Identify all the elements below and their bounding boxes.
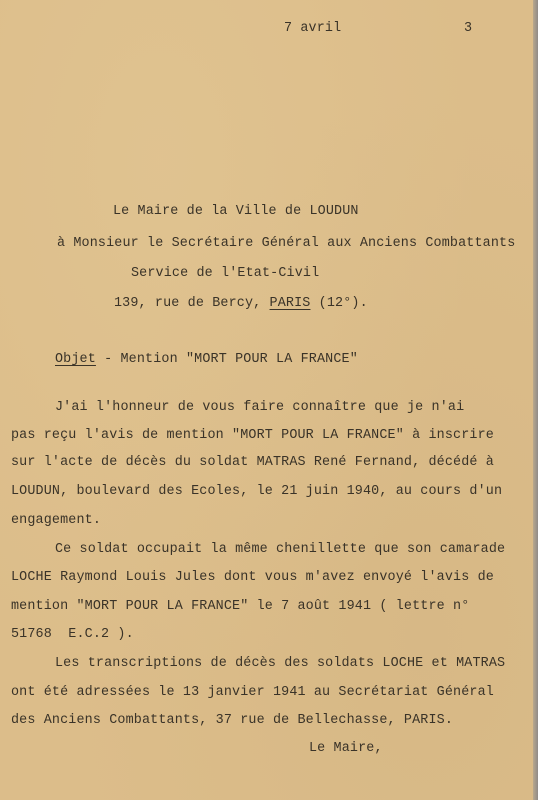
body-line: J'ai l'honneur de vous faire connaître q… — [55, 400, 464, 416]
page-number: 3 — [464, 21, 472, 37]
city: PARIS — [270, 296, 311, 311]
body-line: Ce soldat occupait la même chenillette q… — [55, 542, 505, 558]
street: 139, rue de Bercy, — [114, 296, 270, 311]
body-line: LOUDUN, boulevard des Ecoles, le 21 juin… — [11, 484, 502, 500]
body-line: des Anciens Combattants, 37 rue de Belle… — [11, 713, 453, 729]
scan-edge — [533, 0, 538, 800]
recipient-line: à Monsieur le Secrétaire Général aux Anc… — [57, 236, 515, 252]
body-line: ont été adressées le 13 janvier 1941 au … — [11, 685, 494, 701]
body-line: LOCHE Raymond Louis Jules dont vous m'av… — [11, 570, 494, 586]
header-date: 7 avril — [284, 21, 341, 37]
body-line: pas reçu l'avis de mention "MORT POUR LA… — [11, 428, 494, 444]
sender-line: Le Maire de la Ville de LOUDUN — [113, 204, 359, 220]
district: (12°). — [310, 296, 367, 311]
street-line: 139, rue de Bercy, PARIS (12°). — [114, 296, 368, 312]
body-line: Les transcriptions de décès des soldats … — [55, 656, 505, 672]
body-line: 51768 E.C.2 ). — [11, 627, 134, 643]
body-line: sur l'acte de décès du soldat MATRAS Ren… — [11, 455, 494, 471]
document-page: 7 avril 3 Le Maire de la Ville de LOUDUN… — [0, 0, 533, 800]
service-line: Service de l'Etat-Civil — [131, 266, 319, 282]
body-line: engagement. — [11, 513, 101, 529]
subject-text: - Mention "MORT POUR LA FRANCE" — [96, 352, 358, 367]
body-line: mention "MORT POUR LA FRANCE" le 7 août … — [11, 599, 469, 615]
subject-line: Objet - Mention "MORT POUR LA FRANCE" — [55, 352, 358, 368]
subject-label: Objet — [55, 352, 96, 367]
signature: Le Maire, — [309, 741, 383, 757]
